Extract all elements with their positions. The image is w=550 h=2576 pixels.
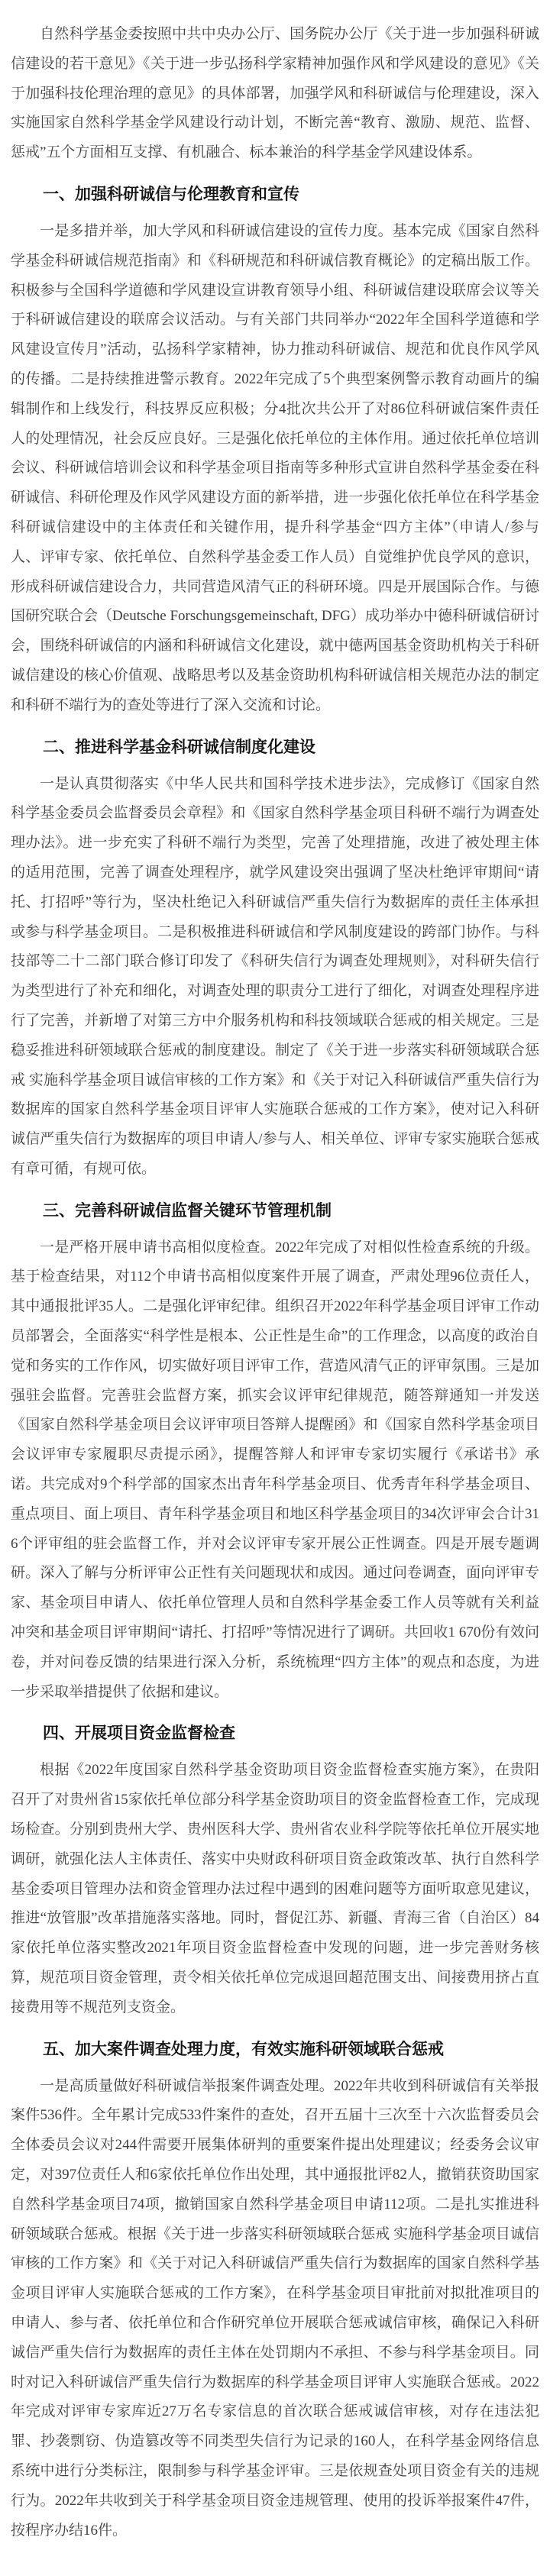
section-1-heading: 一、加强科研诚信与伦理教育和宣传 [11,183,539,207]
section-2-body: 一是认真贯彻落实《中华人民共和国科学技术进步法》，完成修订《国家自然科学基金委员… [11,770,539,1185]
section-3-body: 一是严格开展申请书高相似度检查。2022年完成了对相似性检查系统的升级。基于检查… [11,1233,539,1708]
section-2-heading: 二、推进科学基金科研诚信制度化建设 [11,735,539,760]
document-page: 自然科学基金委按照中共中央办公厅、国务院办公厅《关于进一步加强科研诚信建设的若干… [0,0,550,2576]
section-4-body: 根据《2022年度国家自然科学基金资助项目资金监督检查实施方案》，在贵阳召开了对… [11,1756,539,2022]
section-5-body: 一是高质量做好科研诚信举报案件调查处理。2022年共收到科研诚信有关举报案件53… [11,2072,539,2546]
section-4-heading: 四、开展项目资金监督检查 [11,1721,539,1746]
section-1-body: 一是多措并举，加大学风和科研诚信建设的宣传力度。基本完成《国家自然科学基金科研诚… [11,217,539,721]
intro-paragraph: 自然科学基金委按照中共中央办公厅、国务院办公厅《关于进一步加强科研诚信建设的若干… [11,20,539,168]
section-3-heading: 三、完善科研诚信监督关键环节管理机制 [11,1199,539,1223]
section-5-heading: 五、加大案件调查处理力度，有效实施科研领域联合惩戒 [11,2038,539,2062]
